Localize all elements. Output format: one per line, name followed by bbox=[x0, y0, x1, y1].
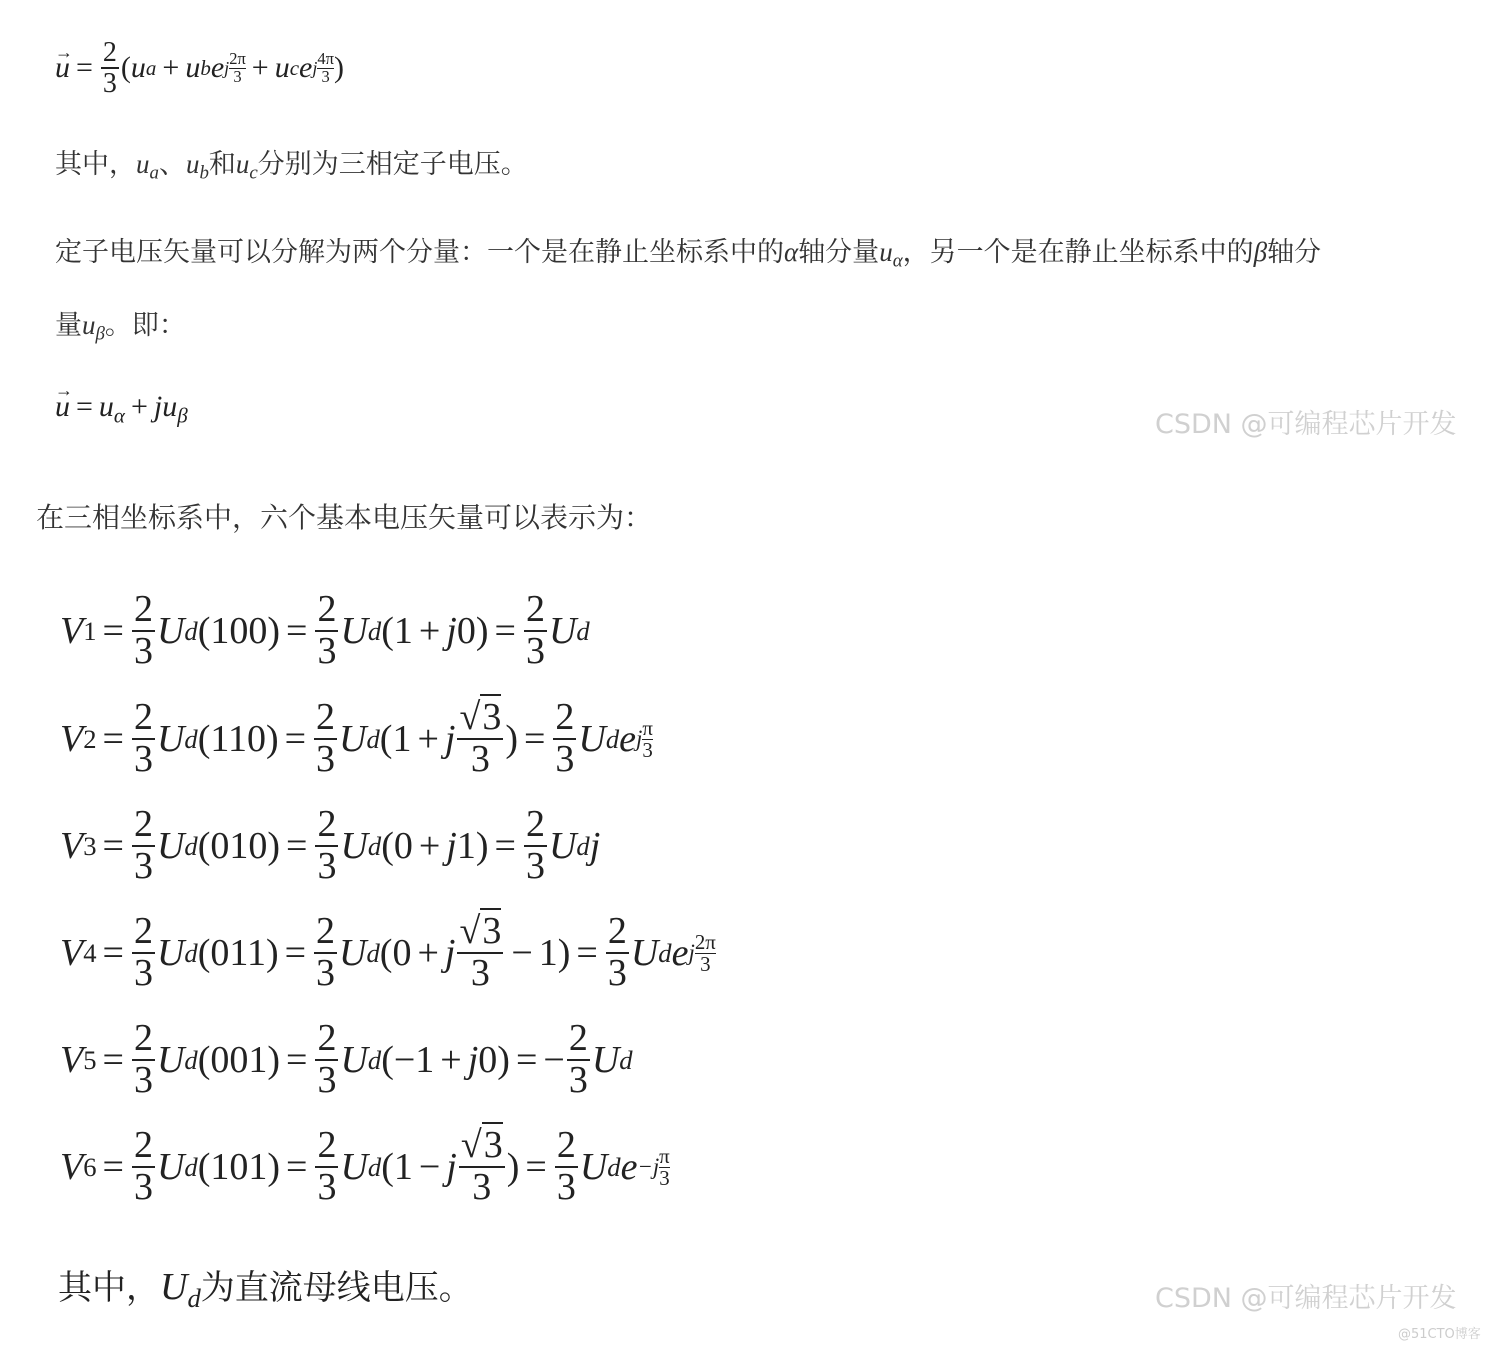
text-part6: 。即： bbox=[105, 310, 186, 341]
paragraph-six-vectors-intro: 在三相坐标系中，六个基本电压矢量可以表示为： bbox=[36, 496, 652, 536]
watermark-51cto: @51CTO博客 bbox=[1398, 1323, 1481, 1342]
paragraph-dc-bus: 其中，Ud为直流母线电压。 bbox=[58, 1260, 473, 1314]
paragraph-decomposition-cont: 量uβ。即： bbox=[55, 303, 186, 346]
text-suffix: 分别为三相定子电压。 bbox=[258, 149, 528, 180]
paragraph-phase-voltages: 其中，ua、ub和uc分别为三相定子电压。 bbox=[55, 142, 528, 185]
text-prefix: 其中， bbox=[55, 149, 136, 180]
equation-v5: V5= 23Ud(001)= 23Ud(−1+j0)=− 23Ud bbox=[60, 1008, 716, 1112]
text-part4: 轴分 bbox=[1267, 237, 1321, 268]
symbol-beta: β bbox=[1254, 237, 1267, 267]
equation-v1: V1= 23Ud(100)= 23Ud(1+j0)= 23Ud bbox=[60, 578, 716, 684]
watermark-csdn-2: CSDN @可编程芯片开发 bbox=[1155, 1276, 1457, 1315]
watermark-csdn-1: CSDN @可编程芯片开发 bbox=[1155, 402, 1457, 441]
symbol-alpha: α bbox=[784, 237, 798, 267]
text-sep: 、 bbox=[159, 149, 186, 180]
paragraph-decomposition: 定子电压矢量可以分解为两个分量：一个是在静止坐标系中的α轴分量uα，另一个是在静… bbox=[55, 230, 1321, 273]
equation-v2: V2= 23Ud(110)= 23Ud(1+j√33)= 23Udejπ3 bbox=[60, 684, 716, 794]
equation-alpha-beta: u=uα+juβ bbox=[55, 390, 188, 428]
equation-v6: V6= 23Ud(101)= 23Ud(1−j√33)= 23Ude−jπ3 bbox=[60, 1112, 716, 1222]
text-prefix: 其中， bbox=[58, 1268, 160, 1308]
text-suffix: 为直流母线电压。 bbox=[201, 1268, 473, 1308]
equation-v3: V3= 23Ud(010)= 23Ud(0+j1)= 23Udj bbox=[60, 794, 716, 898]
equation-space-vector: u= 23 (ua+ubej2π3+ucej4π3) bbox=[55, 38, 344, 99]
vector-equations: V1= 23Ud(100)= 23Ud(1+j0)= 23Ud V2= 23Ud… bbox=[60, 578, 716, 1222]
text-part5: 量 bbox=[55, 310, 82, 341]
text-and: 和 bbox=[209, 149, 236, 180]
equation-v4: V4= 23Ud(011)= 23Ud(0+j√33−1)= 23Udej2π3 bbox=[60, 898, 716, 1008]
text-part2: 轴分量 bbox=[798, 237, 879, 268]
text-part1: 定子电压矢量可以分解为两个分量：一个是在静止坐标系中的 bbox=[55, 237, 784, 268]
text-part3: ，另一个是在静止坐标系中的 bbox=[903, 237, 1254, 268]
